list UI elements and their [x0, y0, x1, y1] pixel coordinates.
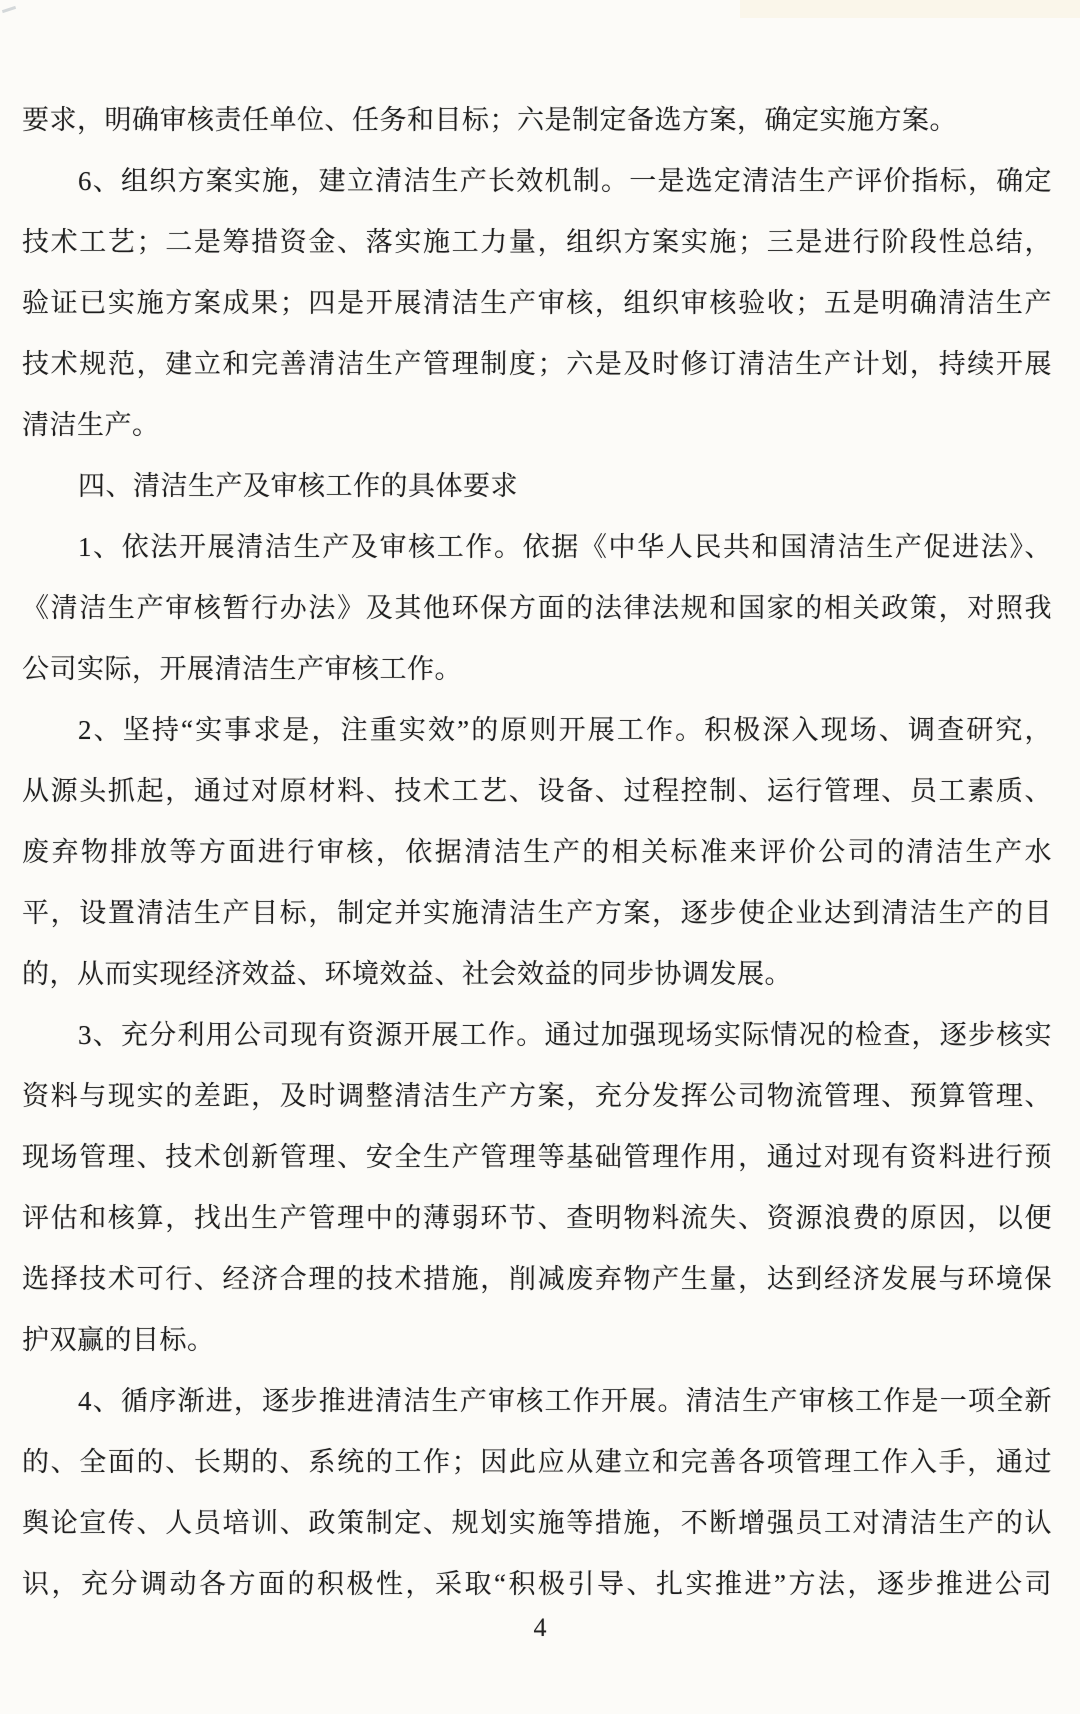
text-line: 评估和核算，找出生产管理中的薄弱环节、查明物料流失、资源浪费的原因，以便	[22, 1188, 1052, 1249]
text-line: 现场管理、技术创新管理、安全生产管理等基础管理作用，通过对现有资料进行预	[22, 1127, 1052, 1188]
paragraph-start: 3、充分利用公司现有资源开展工作。通过加强现场实际情况的检查，逐步核实	[22, 1005, 1052, 1066]
scan-corner-artifact	[2, 6, 16, 13]
text-line: 清洁生产。	[22, 395, 1052, 456]
text-line: 舆论宣传、人员培训、政策制定、规划实施等措施，不断增强员工对清洁生产的认	[22, 1493, 1052, 1554]
section-heading: 四、清洁生产及审核工作的具体要求	[22, 456, 1052, 517]
scan-tint-artifact	[740, 0, 1080, 18]
paragraph-start: 6、组织方案实施，建立清洁生产长效机制。一是选定清洁生产评价指标，确定	[22, 151, 1052, 212]
page-number: 4	[0, 1608, 1080, 1648]
text-line: 平，设置清洁生产目标，制定并实施清洁生产方案，逐步使企业达到清洁生产的目	[22, 883, 1052, 944]
text-line: 《清洁生产审核暂行办法》及其他环保方面的法律法规和国家的相关政策，对照我	[22, 578, 1052, 639]
text-line: 护双赢的目标。	[22, 1310, 1052, 1371]
text-line: 废弃物排放等方面进行审核，依据清洁生产的相关标准来评价公司的清洁生产水	[22, 822, 1052, 883]
text-line: 资料与现实的差距，及时调整清洁生产方案，充分发挥公司物流管理、预算管理、	[22, 1066, 1052, 1127]
text-line: 公司实际，开展清洁生产审核工作。	[22, 639, 1052, 700]
text-line: 的，从而实现经济效益、环境效益、社会效益的同步协调发展。	[22, 944, 1052, 1005]
scanned-document-page: { "page": { "background": "#fcfbf8", "te…	[0, 0, 1080, 1714]
text-line: 技术规范，建立和完善清洁生产管理制度；六是及时修订清洁生产计划，持续开展	[22, 334, 1052, 395]
paragraph-start: 2、坚持“实事求是，注重实效”的原则开展工作。积极深入现场、调查研究，	[22, 700, 1052, 761]
text-line: 识，充分调动各方面的积极性，采取“积极引导、扎实推进”方法，逐步推进公司	[22, 1554, 1052, 1615]
text-line: 技术工艺；二是筹措资金、落实施工力量，组织方案实施；三是进行阶段性总结，	[22, 212, 1052, 273]
text-line: 从源头抓起，通过对原材料、技术工艺、设备、过程控制、运行管理、员工素质、	[22, 761, 1052, 822]
paragraph-start: 4、循序渐进，逐步推进清洁生产审核工作开展。清洁生产审核工作是一项全新	[22, 1371, 1052, 1432]
text-line: 的、全面的、长期的、系统的工作；因此应从建立和完善各项管理工作入手，通过	[22, 1432, 1052, 1493]
text-line: 验证已实施方案成果；四是开展清洁生产审核，组织审核验收；五是明确清洁生产	[22, 273, 1052, 334]
document-text-block: 要求，明确审核责任单位、任务和目标；六是制定备选方案，确定实施方案。 6、组织方…	[22, 90, 1052, 1615]
paragraph-start: 1、依法开展清洁生产及审核工作。依据《中华人民共和国清洁生产促进法》、	[22, 517, 1052, 578]
text-line: 要求，明确审核责任单位、任务和目标；六是制定备选方案，确定实施方案。	[22, 90, 1052, 151]
text-line: 选择技术可行、经济合理的技术措施，削减废弃物产生量，达到经济发展与环境保	[22, 1249, 1052, 1310]
